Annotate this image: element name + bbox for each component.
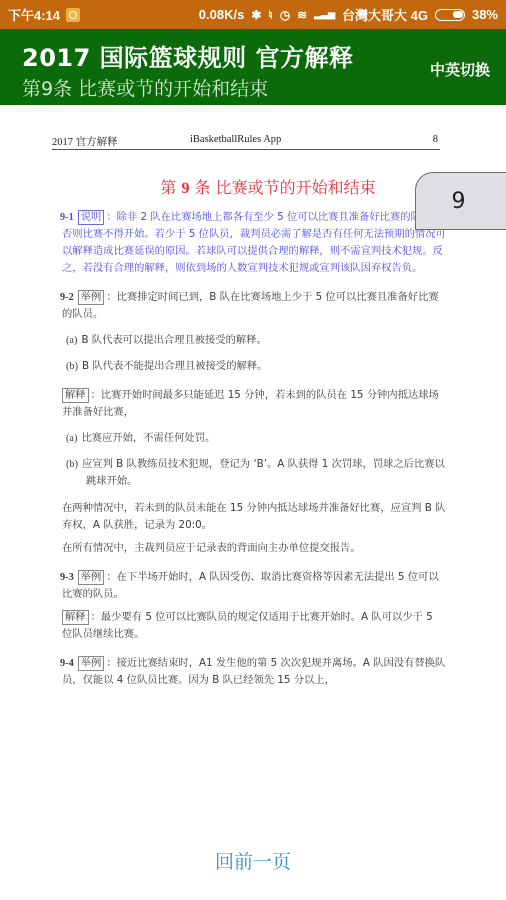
list-text: 比赛应开始，不需任何处罚。 [81, 432, 215, 444]
chapter-suffix: 条 比赛或节的开始和结束 [189, 178, 375, 197]
list-text: B 队代表可以提出合理且被接受的解释。 [81, 334, 266, 346]
language-switch-button[interactable]: 中英切换 [430, 59, 490, 80]
page-jump-button[interactable]: 9 [415, 172, 506, 230]
section-tag: 举例 [78, 656, 105, 671]
app-bar: 2017 国际篮球规则 官方解释 第9条 比赛或节的开始和结束 中英切换 [0, 29, 506, 105]
interpretation-9-2: 解释：比赛开始时间最多只能延迟 15 分钟，若未到的队员在 15 分钟内抵达球场… [62, 387, 446, 421]
mute-icon: ♮ [268, 8, 272, 22]
list-item: (a)B 队代表可以提出合理且被接受的解释。 [62, 332, 446, 349]
list-item: (b)B 队代表不能提出合理且被接受的解释。 [62, 358, 446, 375]
status-time: 下午4:14 [8, 5, 60, 24]
section-9-3: 9-3举例：在下半场开始时，A 队因受伤、取消比赛资格等因素无法提出 5 位可以… [62, 569, 446, 603]
list-item: (b)应宣判 B 队教练员技术犯规，登记为 ‘B’。A 队获得 1 次罚球，罚球… [62, 456, 446, 490]
section-number: 9-1 [60, 212, 74, 223]
section-9-4: 9-4举例：接近比赛结束时，A1 发生他的第 5 次次犯规并离场。A 队因没有替… [62, 655, 446, 689]
section-number: 9-2 [60, 292, 74, 303]
page-header-mid: iBasketballRules App [190, 134, 281, 145]
list-label: (b) [66, 459, 78, 470]
section-tag: 说明 [78, 210, 105, 225]
carrier-name: 台灣大哥大 4G [342, 5, 428, 24]
section-number: 9-3 [60, 572, 74, 583]
section-text: ：除非 2 队在比赛场地上都各有至少 5 位可以比赛且准备好比赛的队员，否则比赛… [62, 211, 446, 274]
section-text: ：接近比赛结束时，A1 发生他的第 5 次次犯规并离场。A 队因没有替换队员，仅… [62, 657, 445, 686]
list-label: (a) [66, 433, 77, 444]
signal-icon: ▂▃▅ [314, 9, 335, 20]
section-text: ：在下半场开始时，A 队因受伤、取消比赛资格等因素无法提出 5 位可以比赛的队员… [62, 571, 439, 600]
net-speed: 0.08K/s [199, 7, 245, 22]
alarm-icon: ◷ [280, 8, 290, 22]
battery-percent: 38% [472, 7, 498, 22]
status-bar: 下午4:14 0.08K/s ✱ ♮ ◷ ≋ ▂▃▅ 台灣大哥大 4G 38% [0, 0, 506, 29]
page-number: 8 [433, 134, 438, 145]
section-tag: 解释 [62, 610, 89, 625]
section-text: ：比赛排定时间已到，B 队在比赛场地上少于 5 位可以比赛且准备好比赛的队员。 [62, 291, 439, 320]
wifi-icon: ≋ [297, 8, 307, 22]
list-label: (a) [66, 335, 77, 346]
app-subtitle: 第9条 比赛或节的开始和结束 [22, 74, 268, 101]
section-text: ：比赛开始时间最多只能延迟 15 分钟，若未到的队员在 15 分钟内抵达球场并准… [62, 389, 439, 418]
battery-icon [435, 9, 465, 21]
paragraph: 在所有情况中，主裁判员应于记录表的背面向主办单位提交报告。 [62, 540, 446, 557]
section-9-2: 9-2举例：比赛排定时间已到，B 队在比赛场地上少于 5 位可以比赛且准备好比赛… [62, 289, 446, 323]
list-text: B 队代表不能提出合理且被接受的解释。 [82, 360, 267, 372]
section-text: ：最少要有 5 位可以比赛队员的规定仅适用于比赛开始时。A 队可以少于 5 位队… [62, 611, 433, 640]
chapter-prefix: 第 [160, 178, 181, 197]
interpretation-9-3: 解释：最少要有 5 位可以比赛队员的规定仅适用于比赛开始时。A 队可以少于 5 … [62, 609, 446, 643]
back-previous-page-link[interactable]: 回前一页 [0, 847, 506, 874]
notification-icon [66, 8, 80, 22]
rule-content: 9-1说明：除非 2 队在比赛场地上都各有至少 5 位可以比赛且准备好比赛的队员… [62, 209, 446, 695]
section-tag: 解释 [62, 388, 89, 403]
list-label: (b) [66, 361, 78, 372]
list-item: (a)比赛应开始，不需任何处罚。 [62, 430, 446, 447]
section-tag: 举例 [78, 290, 105, 305]
bluetooth-icon: ✱ [251, 8, 261, 22]
list-text: 应宣判 B 队教练员技术犯规，登记为 ‘B’。A 队获得 1 次罚球，罚球之后比… [82, 458, 445, 487]
section-9-1: 9-1说明：除非 2 队在比赛场地上都各有至少 5 位可以比赛且准备好比赛的队员… [62, 209, 446, 277]
paragraph: 在两种情况中，若未到的队员未能在 15 分钟内抵达球场并准备好比赛，应宣判 B … [62, 500, 446, 534]
app-title: 2017 国际篮球规则 官方解释 [22, 38, 354, 73]
section-number: 9-4 [60, 658, 74, 669]
page-header: 2017 官方解释 iBasketballRules App 8 [52, 134, 440, 150]
page-header-left: 2017 官方解释 [52, 134, 118, 149]
section-tag: 举例 [78, 570, 105, 585]
